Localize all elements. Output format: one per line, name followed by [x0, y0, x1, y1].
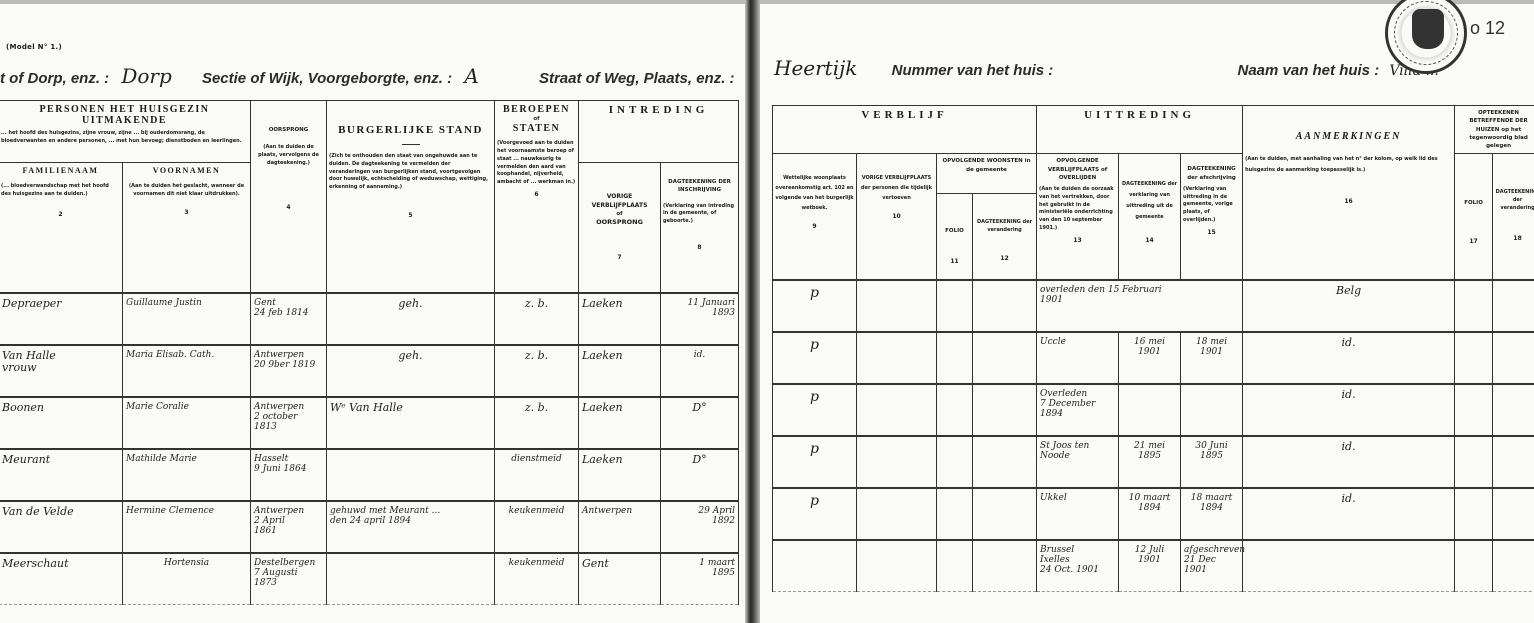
col14-cell: 21 mei 1895 — [1119, 436, 1181, 488]
profession-cell: keukenmeid — [495, 553, 579, 605]
transfer-date-cell — [1493, 332, 1534, 384]
header-entry: INTREDING — [579, 101, 739, 163]
civil-status-cell — [327, 553, 495, 605]
header-transfer: OPTEEKENEN BETREFFENDE DER HUIZEN op het… — [1455, 106, 1534, 154]
street-label: Straat of Weg, Plaats, enz. : — [539, 70, 735, 87]
section-label: Sectie of Wijk, Voorgeborgte, enz. : — [202, 70, 452, 87]
col10-cell — [857, 488, 937, 540]
first-names-cell: Marie Coralie — [123, 397, 251, 449]
section-value: A — [464, 64, 478, 88]
right-header: Heertijk Nummer van het huis : Naam van … — [774, 56, 1439, 80]
first-names-cell: Mathilde Marie — [123, 449, 251, 501]
entry-date-cell: 11 Januari 1893 — [661, 293, 739, 345]
transfer-folio-cell — [1455, 488, 1493, 540]
civil-status-cell: gehuwd met Meurant ... den 24 april 1894 — [327, 501, 495, 553]
col13-cell: Overleden 7 December 1894 — [1037, 384, 1119, 436]
col10-cell — [857, 280, 937, 332]
header-origin: OORSPRONG (Aan te duiden de plaats, verv… — [251, 101, 327, 293]
change-date-cell — [973, 384, 1037, 436]
table-row: p Uccle 16 mei 1901 18 mei 1901 id. — [773, 332, 1534, 384]
transfer-date-cell — [1493, 280, 1534, 332]
col13-cell: overleden den 15 Februari 1901 — [1037, 280, 1243, 332]
col15-cell: 18 mei 1901 — [1181, 332, 1243, 384]
first-names-cell: Hortensia — [123, 553, 251, 605]
col13-cell: St Joos ten Noode — [1037, 436, 1119, 488]
table-row: p St Joos ten Noode 21 mei 1895 30 Juni … — [773, 436, 1534, 488]
left-page: (Model N° 1.) t of Dorp, enz. : Dorp Sec… — [0, 0, 745, 623]
transfer-date-cell — [1493, 488, 1534, 540]
first-names-cell: Hermine Clemence — [123, 501, 251, 553]
col15-cell: 18 maart 1894 — [1181, 488, 1243, 540]
header-col9: Wettelijke woonplaats overeenkomstig art… — [773, 154, 857, 280]
col13-cell: Brussel Ixelles 24 Oct. 1901 — [1037, 540, 1119, 592]
left-register-table: PERSONEN HET HUISGEZIN UITMAKENDE ... he… — [0, 100, 739, 605]
transfer-date-cell — [1493, 436, 1534, 488]
transfer-folio-cell — [1455, 540, 1493, 592]
header-entry-date: DAGTEEKENING DER INSCHRIJVING (Verklarin… — [661, 163, 739, 293]
entry-date-cell: D° — [661, 449, 739, 501]
origin-cell: Destelbergen 7 Augusti 1873 — [251, 553, 327, 605]
header-transfer-date: DAGTEEKENING der verandering 18 — [1493, 154, 1534, 280]
page-number: o 12 — [1470, 18, 1505, 39]
header-stay: VERBLIJF — [773, 106, 1037, 154]
prev-residence-cell: Laeken — [579, 449, 661, 501]
header-change-date: DAGTEEKENING der verandering 12 — [973, 194, 1037, 280]
remarks-cell — [1243, 540, 1455, 592]
col15-cell: afgeschreven 21 Dec 1901 — [1181, 540, 1243, 592]
header-col10: VORIGE VERBLIJFPLAATS der personen die t… — [857, 154, 937, 280]
header-professions: BEROEPEN of STATEN (Voorgevoed aan te du… — [495, 101, 579, 293]
col10-cell — [857, 332, 937, 384]
header-remarks: AANMERKINGEN (Aan te duiden, met aanhali… — [1243, 106, 1455, 280]
entry-date-cell: 29 April 1892 — [661, 501, 739, 553]
origin-cell: Antwerpen 2 April 1861 — [251, 501, 327, 553]
table-row: Boonen Marie Coralie Antwerpen 2 october… — [0, 397, 739, 449]
col15-cell: 30 Juni 1895 — [1181, 436, 1243, 488]
remarks-cell: Belg — [1243, 280, 1455, 332]
header-later-residences: OPVOLGENDE WOONSTEN in de gemeente — [937, 154, 1037, 194]
profession-cell: keukenmeid — [495, 501, 579, 553]
prev-residence-cell: Laeken — [579, 293, 661, 345]
folio-cell — [937, 436, 973, 488]
col13-cell: Uccle — [1037, 332, 1119, 384]
col14-cell — [1119, 384, 1181, 436]
remarks-cell: id. — [1243, 436, 1455, 488]
transfer-folio-cell — [1455, 436, 1493, 488]
table-row: Meerschaut Hortensia Destelbergen 7 Augu… — [0, 553, 739, 605]
coat-of-arms-icon — [1412, 9, 1444, 49]
header-family-name: FAMILIENAAM (... bloedverwandschap met h… — [0, 163, 123, 293]
folio-cell — [937, 488, 973, 540]
family-name-cell: Van de Velde — [0, 501, 123, 553]
civil-status-cell — [327, 449, 495, 501]
col10-cell — [857, 540, 937, 592]
first-names-cell: Maria Elisab. Cath. — [123, 345, 251, 397]
header-transfer-folio: FOLIO 17 — [1455, 154, 1493, 280]
profession-cell: dienstmeid — [495, 449, 579, 501]
prev-residence-cell: Laeken — [579, 397, 661, 449]
header-col15: DAGTEEKENING der afschrijving (Verklarin… — [1181, 154, 1243, 280]
table-row: Meurant Mathilde Marie Hasselt 9 Juni 18… — [0, 449, 739, 501]
origin-cell: Hasselt 9 Juni 1864 — [251, 449, 327, 501]
prev-residence-cell: Gent — [579, 553, 661, 605]
street-value: Heertijk — [774, 56, 857, 80]
transfer-folio-cell — [1455, 332, 1493, 384]
house-name-label: Naam van het huis : — [1237, 62, 1379, 79]
family-name-cell: Meerschaut — [0, 553, 123, 605]
header-col14: DAGTEEKENING der verklaring van uittredi… — [1119, 154, 1181, 280]
transfer-date-cell — [1493, 384, 1534, 436]
folio-cell — [937, 332, 973, 384]
header-col13: OPVOLGENDE VERBLIJFPLAATS of OVERLIJDEN … — [1037, 154, 1119, 280]
col13-cell: Ukkel — [1037, 488, 1119, 540]
col10-cell — [857, 384, 937, 436]
profession-cell: z. b. — [495, 397, 579, 449]
change-date-cell — [973, 332, 1037, 384]
header-folio: FOLIO 11 — [937, 194, 973, 280]
book-spine — [745, 0, 760, 623]
profession-cell: z. b. — [495, 293, 579, 345]
prev-residence-cell: Antwerpen — [579, 501, 661, 553]
entry-date-cell: 1 maart 1895 — [661, 553, 739, 605]
folio-cell — [937, 540, 973, 592]
profession-cell: z. b. — [495, 345, 579, 397]
col10-cell — [857, 436, 937, 488]
change-date-cell — [973, 488, 1037, 540]
col9-cell: p — [773, 384, 857, 436]
origin-cell: Gent 24 feb 1814 — [251, 293, 327, 345]
transfer-date-cell — [1493, 540, 1534, 592]
col14-cell: 12 Juli 1901 — [1119, 540, 1181, 592]
first-names-cell: Guillaume Justin — [123, 293, 251, 345]
entry-date-cell: id. — [661, 345, 739, 397]
folio-cell — [937, 280, 973, 332]
header-exit: UITTREDING — [1037, 106, 1243, 154]
civil-status-cell: geh. — [327, 293, 495, 345]
right-register-table: VERBLIJF UITTREDING AANMERKINGEN (Aan te… — [772, 105, 1534, 592]
house-number-label: Nummer van het huis : — [892, 62, 1054, 79]
transfer-folio-cell — [1455, 384, 1493, 436]
table-row: Brussel Ixelles 24 Oct. 1901 12 Juli 190… — [773, 540, 1534, 592]
col9-cell — [773, 540, 857, 592]
col14-cell: 16 mei 1901 — [1119, 332, 1181, 384]
table-row: p overleden den 15 Februari 1901 Belg — [773, 280, 1534, 332]
origin-cell: Antwerpen 2 october 1813 — [251, 397, 327, 449]
table-row: p Overleden 7 December 1894 id. — [773, 384, 1534, 436]
place-label: t of Dorp, enz. : — [0, 70, 109, 87]
prev-residence-cell: Laeken — [579, 345, 661, 397]
remarks-cell: id. — [1243, 332, 1455, 384]
col15-cell — [1181, 384, 1243, 436]
header-prev-residence: VORIGE VERBLIJFPLAATS of OORSPRONG 7 — [579, 163, 661, 293]
folio-cell — [937, 384, 973, 436]
family-name-cell: Meurant — [0, 449, 123, 501]
entry-date-cell: D° — [661, 397, 739, 449]
place-value: Dorp — [121, 64, 171, 88]
table-row: Van Halle vrouw Maria Elisab. Cath. Antw… — [0, 345, 739, 397]
col9-cell: p — [773, 332, 857, 384]
family-name-cell: Depraeper — [0, 293, 123, 345]
header-first-names: VOORNAMEN (Aan te duiden het geslacht, w… — [123, 163, 251, 293]
remarks-cell: id. — [1243, 384, 1455, 436]
civil-status-cell: geh. — [327, 345, 495, 397]
left-header: t of Dorp, enz. : Dorp Sectie of Wijk, V… — [0, 64, 735, 88]
header-persons: PERSONEN HET HUISGEZIN UITMAKENDE ... he… — [0, 101, 251, 163]
table-row: Van de Velde Hermine Clemence Antwerpen … — [0, 501, 739, 553]
table-row: p Ukkel 10 maart 1894 18 maart 1894 id. — [773, 488, 1534, 540]
change-date-cell — [973, 280, 1037, 332]
right-page: Heertijk Nummer van het huis : Naam van … — [760, 0, 1534, 623]
col9-cell: p — [773, 488, 857, 540]
family-name-cell: Boonen — [0, 397, 123, 449]
transfer-folio-cell — [1455, 280, 1493, 332]
change-date-cell — [973, 436, 1037, 488]
origin-cell: Antwerpen 20 9ber 1819 — [251, 345, 327, 397]
table-row: Depraeper Guillaume Justin Gent 24 feb 1… — [0, 293, 739, 345]
header-civil-status: BURGERLIJKE STAND (Zich te onthouden den… — [327, 101, 495, 293]
remarks-cell: id. — [1243, 488, 1455, 540]
change-date-cell — [973, 540, 1037, 592]
col9-cell: p — [773, 280, 857, 332]
family-name-cell: Van Halle vrouw — [0, 345, 123, 397]
col14-cell: 10 maart 1894 — [1119, 488, 1181, 540]
page-edge — [0, 0, 745, 4]
model-label: (Model N° 1.) — [6, 43, 62, 51]
col9-cell: p — [773, 436, 857, 488]
civil-status-cell: Wᵉ Van Halle — [327, 397, 495, 449]
